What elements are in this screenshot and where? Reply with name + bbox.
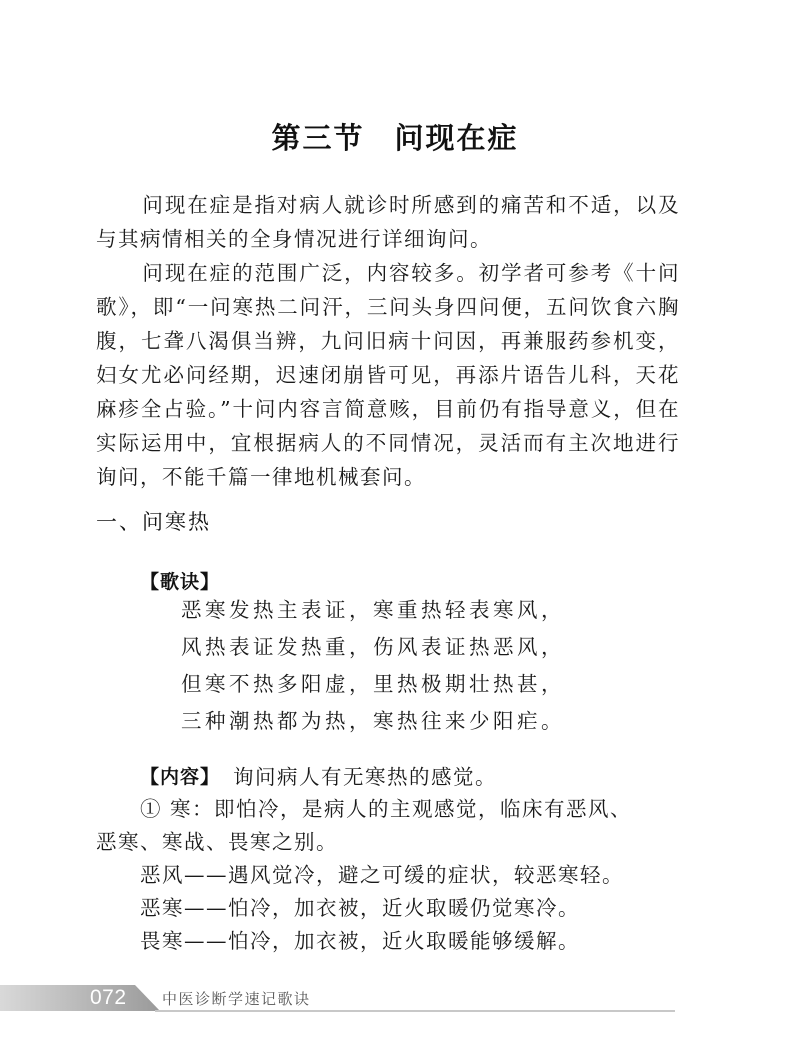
intro-paragraph-2: 问现在症的范围广泛，内容较多。初学者可参考《十问歌》，即“一问寒热二问汗，三问头… <box>96 256 680 494</box>
section-number: 第三节 <box>271 121 364 155</box>
intro-paragraph-1-text: 问现在症是指对病人就诊时所感到的痛苦和不适，以及与其病情相关的全身情况进行详细询… <box>96 193 680 251</box>
rhyme-line: 恶寒发热主表证，寒重热轻表寒风， <box>181 592 565 629</box>
footer-tab <box>0 985 160 1011</box>
definition-aversion-cold: 恶寒——怕冷，加衣被，近火取暖仍觉寒冷。 <box>140 891 580 921</box>
rhyme-tag: 【歌诀】 <box>140 567 220 594</box>
content-tag: 【内容】 <box>140 762 220 789</box>
definition-fear-cold: 畏寒——怕冷，加衣被，近火取暖能够缓解。 <box>140 924 580 954</box>
section-title: 第三节问现在症 <box>0 116 790 157</box>
item1-line-2: 恶寒、寒战、畏寒之别。 <box>96 825 338 855</box>
section-name: 问现在症 <box>395 121 519 155</box>
footer-divider <box>155 1010 675 1012</box>
running-book-title: 中医诊断学速记歌诀 <box>162 988 311 1009</box>
rhyme-line: 风热表证发热重，伤风表证热恶风， <box>181 629 565 666</box>
subsection-heading: 一、问寒热 <box>96 506 211 536</box>
intro-paragraph-2-text: 问现在症的范围广泛，内容较多。初学者可参考《十问歌》，即“一问寒热二问汗，三问头… <box>96 261 680 489</box>
definition-aversion-wind: 恶风——遇风觉冷，避之可缓的症状，较恶寒轻。 <box>140 858 624 888</box>
rhyme-line: 三种潮热都为热，寒热往来少阳疟。 <box>181 703 565 740</box>
content-text: 询问病人有无寒热的感觉。 <box>233 760 497 790</box>
rhyme-line: 但寒不热多阳虚，里热极期壮热甚， <box>181 666 565 703</box>
page-number: 072 <box>90 986 127 1010</box>
rhyme-verse: 恶寒发热主表证，寒重热轻表寒风， 风热表证发热重，伤风表证热恶风， 但寒不热多阳… <box>181 592 565 740</box>
item1-line-1: ① 寒：即怕冷，是病人的主观感觉，临床有恶风、 <box>140 792 632 822</box>
intro-paragraph-1: 问现在症是指对病人就诊时所感到的痛苦和不适，以及与其病情相关的全身情况进行详细询… <box>96 188 680 256</box>
